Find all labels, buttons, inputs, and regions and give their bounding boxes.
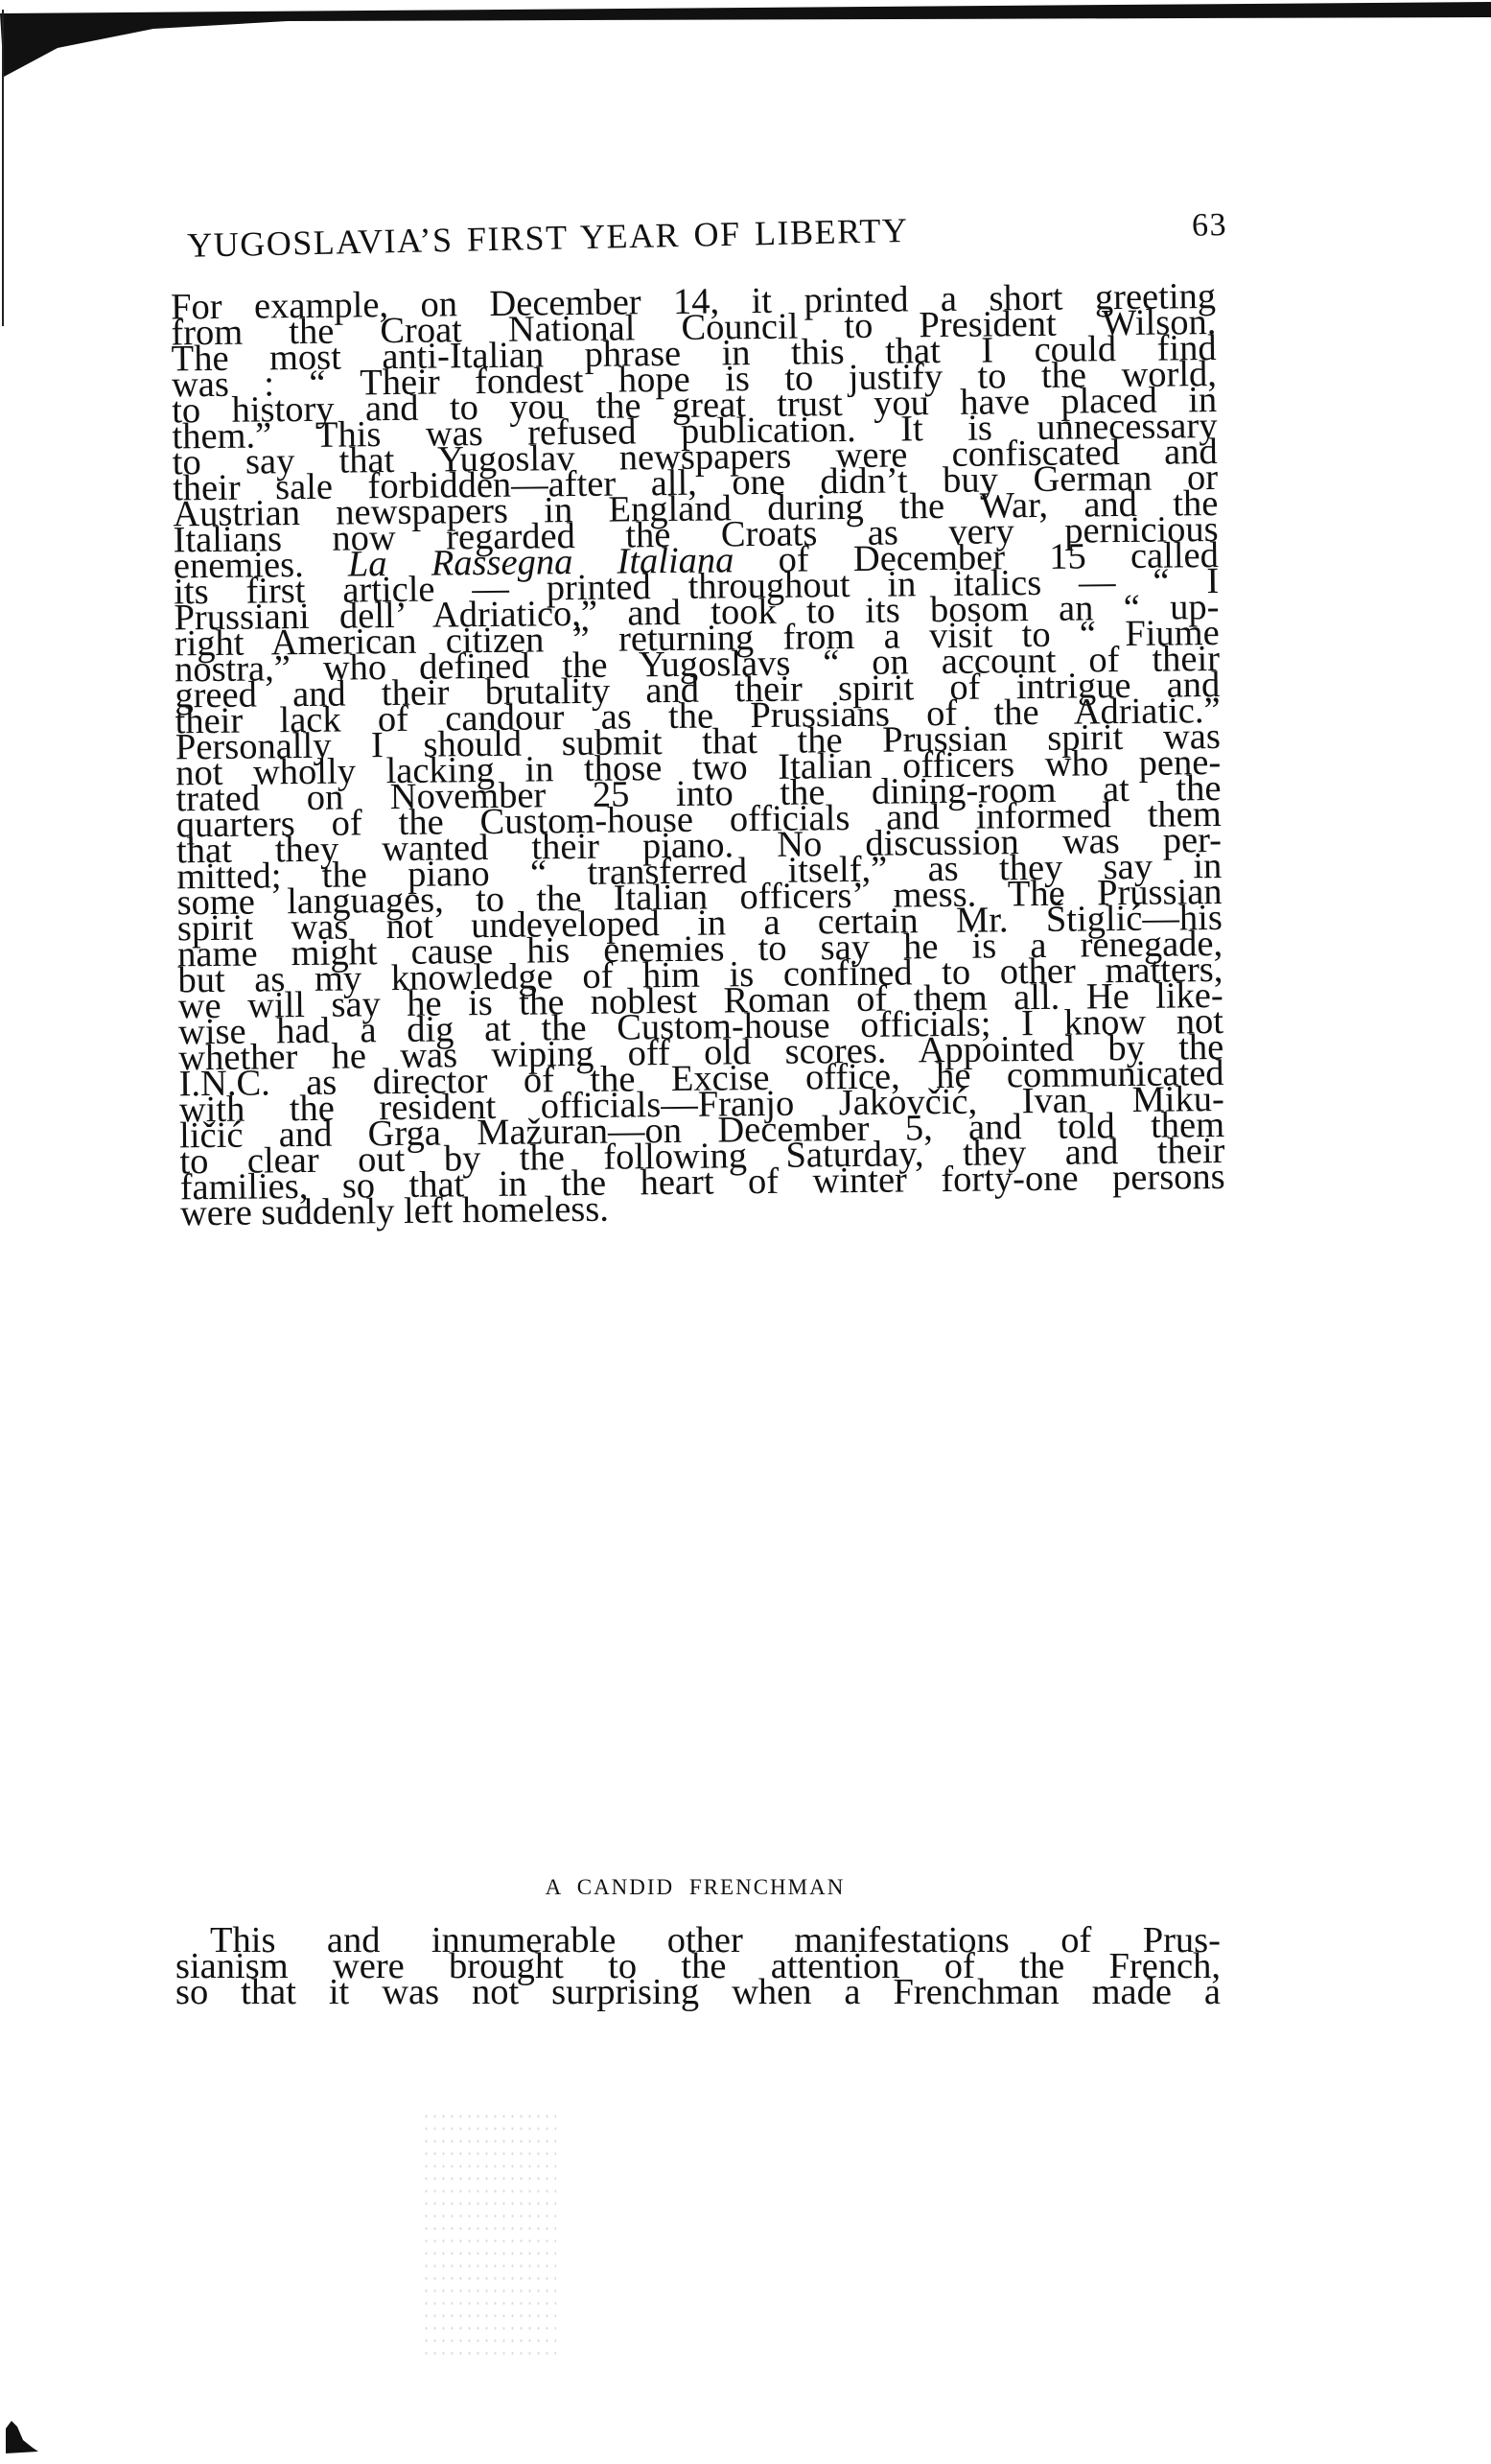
- body-paragraph-1: For example, on December 14, it printed …: [171, 284, 1225, 1227]
- running-head: YUGOSLAVIA’S FIRST YEAR OF LIBERTY 63: [187, 203, 1228, 266]
- scan-corner-mark: [0, 2417, 67, 2455]
- scan-top-shadow: [0, 0, 1491, 19]
- body-paragraph-2: This and innumerable other manifestation…: [175, 1928, 1221, 2006]
- scan-left-edge: [2, 10, 4, 326]
- scan-noise: [422, 2110, 556, 2359]
- running-head-title: YUGOSLAVIA’S FIRST YEAR OF LIBERTY: [187, 210, 909, 266]
- page-number: 63: [1192, 207, 1228, 245]
- section-heading: A CANDID FRENCHMAN: [173, 1875, 1218, 1900]
- text-line: so that it was not surprising when a Fre…: [175, 1980, 1221, 2006]
